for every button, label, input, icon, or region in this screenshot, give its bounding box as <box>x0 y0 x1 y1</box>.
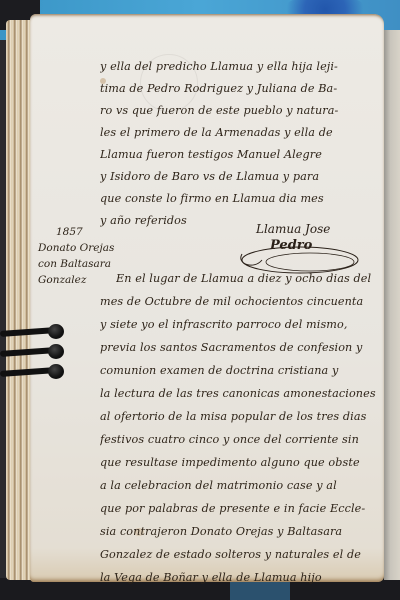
text-line: y siete yo el infrascrito parroco del mi… <box>100 318 380 331</box>
text-line: que por palabras de presente e in facie … <box>100 502 380 515</box>
text-line: y año referidos <box>100 214 380 227</box>
text-line: que resultase impedimento alguno que obs… <box>100 456 380 469</box>
binding-clip-1 <box>0 326 66 338</box>
text-line: la Vega de Boñar y ella de Llamua hijo <box>100 571 380 584</box>
text-line: la lectura de las tres canonicas amonest… <box>100 387 380 400</box>
text-line: y Isidoro de Baro vs de Llamua y para <box>100 170 380 183</box>
margin-bride-surname: Gonzalez <box>38 274 110 286</box>
facing-page-edge: ​ <box>384 30 400 580</box>
text-line: festivos cuatro cinco y once del corrien… <box>100 433 380 446</box>
register-page: y ella del predicho Llamua y ella hija l… <box>30 14 384 582</box>
text-line: Gonzalez de estado solteros y naturales … <box>100 548 380 561</box>
margin-year: 1857 <box>56 226 128 238</box>
margin-groom-name: Donato Orejas <box>38 242 110 254</box>
clip-knob-icon <box>48 324 64 339</box>
text-line: y ella del predicho Llamua y ella hija l… <box>100 60 380 73</box>
text-line: tima de Pedro Rodriguez y Juliana de Ba- <box>100 82 380 95</box>
signature-name: Llamua Jose <box>256 222 330 236</box>
text-line: previa los santos Sacramentos de confesi… <box>100 341 380 354</box>
text-line: que conste lo firmo en Llamua dia mes <box>100 192 380 205</box>
binding-clip-2 <box>0 346 66 358</box>
text-line: ro vs que fueron de este pueblo y natura… <box>100 104 380 117</box>
text-line: comunion examen de doctrina cristiana y <box>100 364 380 377</box>
facing-page-ink-bleed: ​ <box>386 500 398 560</box>
text-line: mes de Octubre de mil ochocientos cincue… <box>100 295 380 308</box>
binding-clip-3 <box>0 366 66 378</box>
clip-knob-icon <box>48 344 64 359</box>
margin-bride-name: con Baltasara <box>38 258 110 270</box>
signature-flourish-icon <box>234 240 364 276</box>
text-line: a la celebracion del matrimonio case y a… <box>100 479 380 492</box>
text-line: les el primero de la Armenadas y ella de <box>100 126 380 139</box>
text-line: En el lugar de Llamua a diez y ocho dias… <box>116 272 382 285</box>
text-line: Llamua fueron testigos Manuel Alegre <box>100 148 380 161</box>
text-line: al ofertorio de la misa popular de los t… <box>100 410 380 423</box>
clip-knob-icon <box>48 364 64 379</box>
text-line: sia contrajeron Donato Orejas y Baltasar… <box>100 525 380 538</box>
